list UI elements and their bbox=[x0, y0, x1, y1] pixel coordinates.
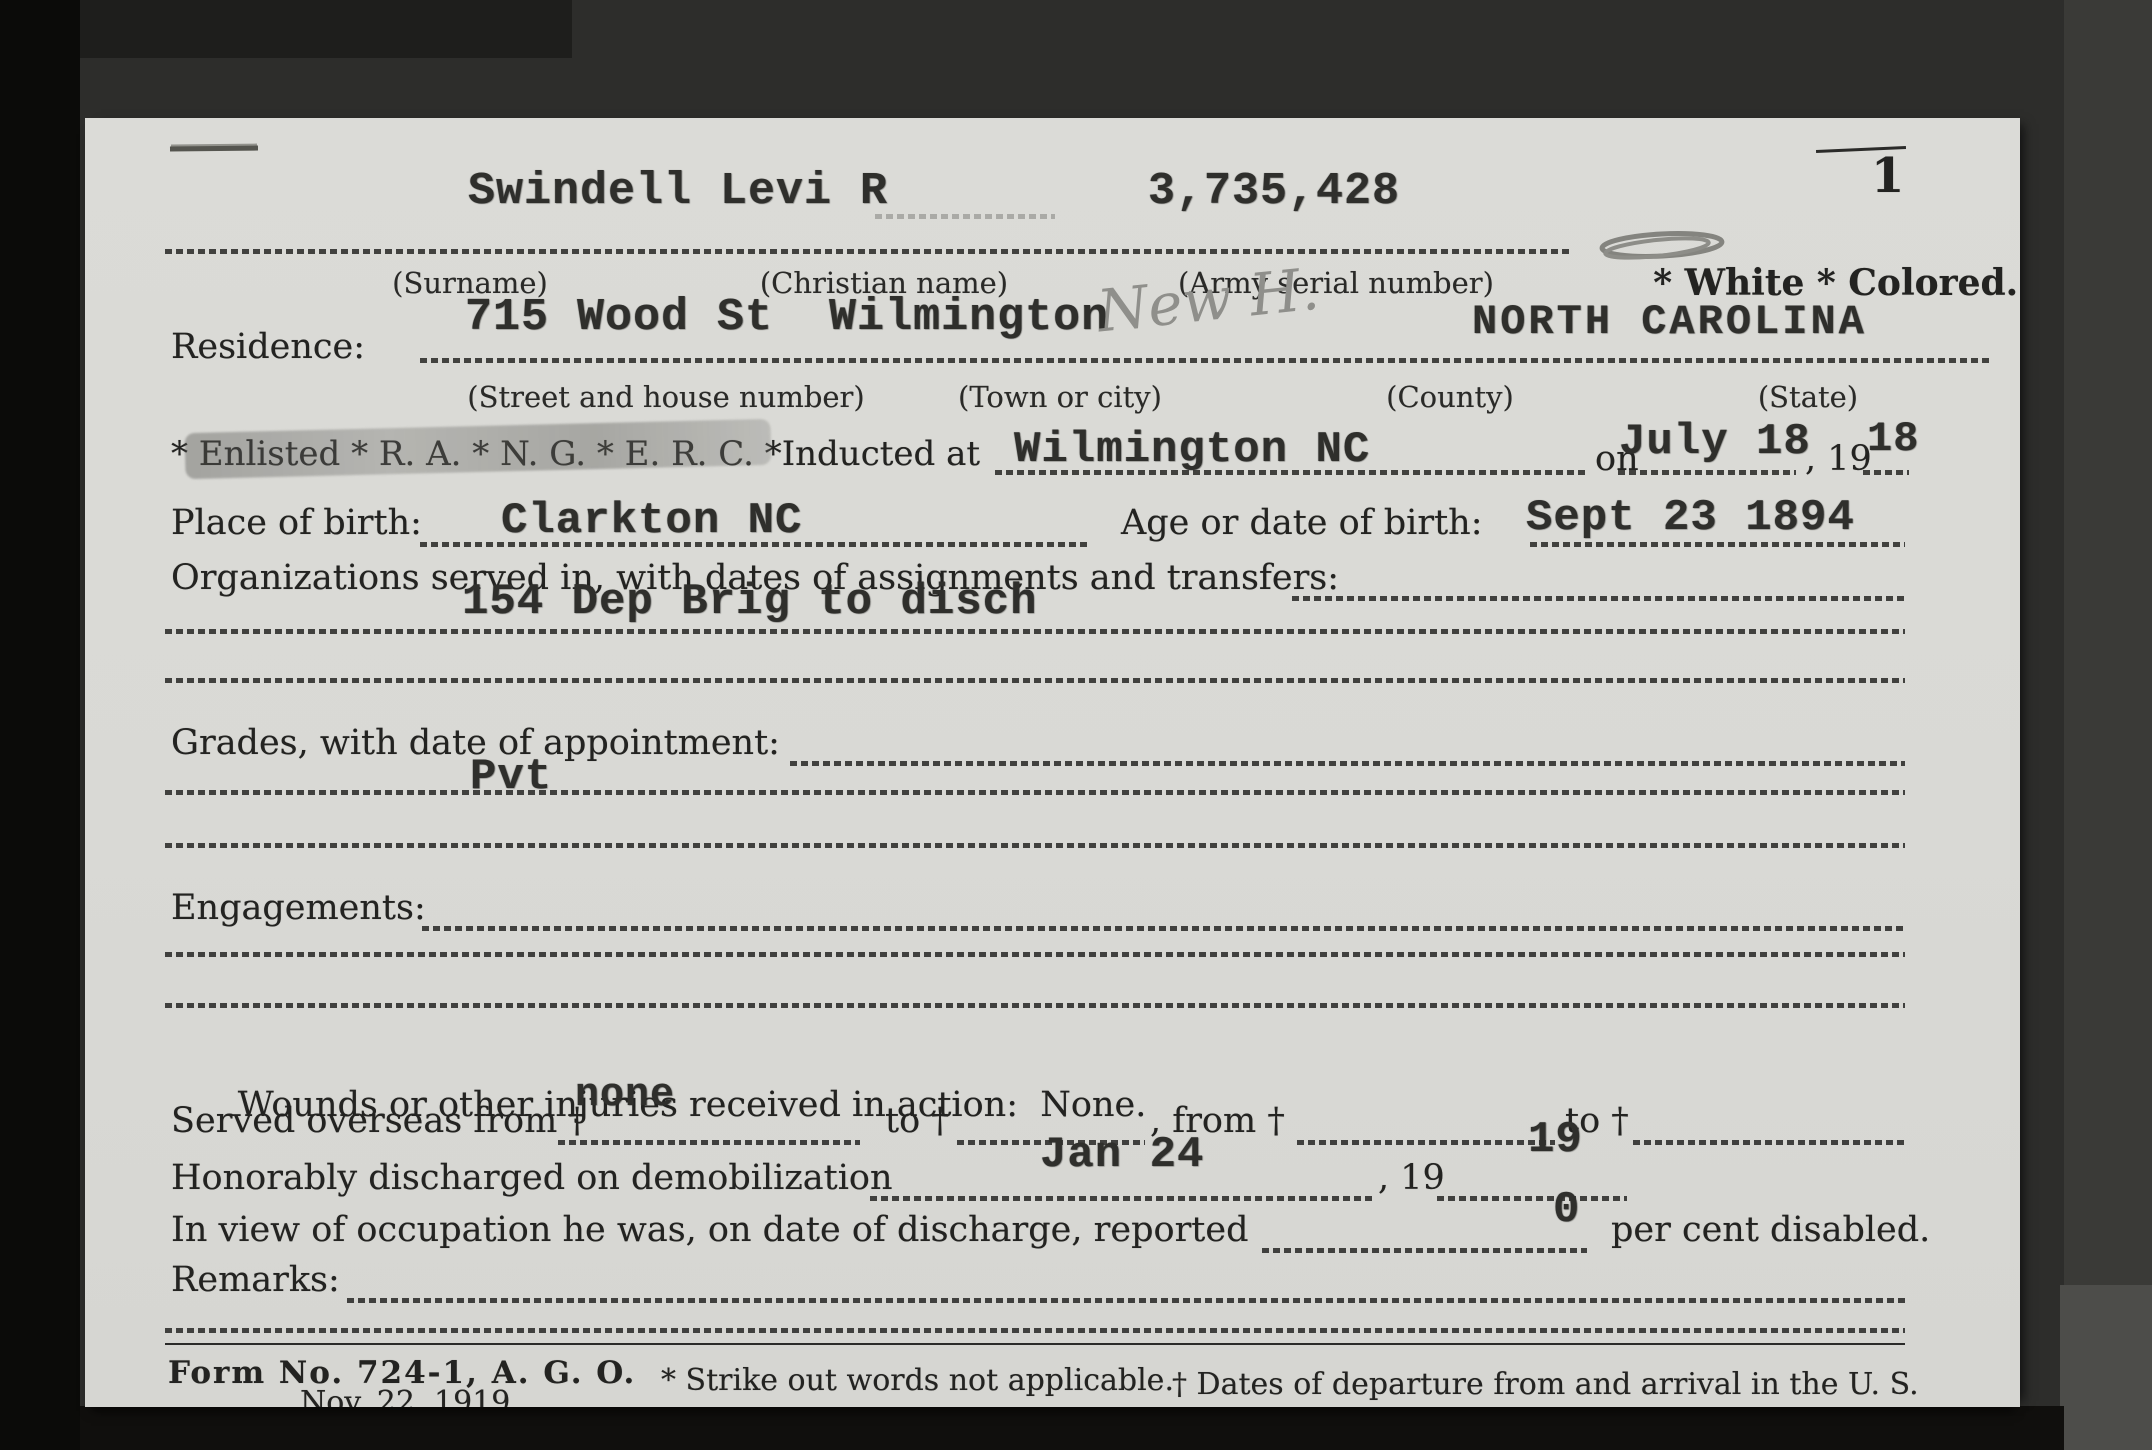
dotted-rule bbox=[165, 678, 1905, 683]
age-dob-label: Age or date of birth: bbox=[1121, 504, 1483, 543]
overseas-to1: to † bbox=[885, 1102, 949, 1141]
page-number: 1 bbox=[1871, 150, 1904, 203]
dotted-rule-discharge-year bbox=[1437, 1196, 1627, 1201]
dotted-rule bbox=[165, 790, 1905, 795]
disabled-suffix: per cent disabled. bbox=[1611, 1211, 1930, 1250]
label-town-city: (Town or city) bbox=[958, 380, 1162, 414]
dotted-rule-engagements bbox=[422, 926, 1905, 931]
typed-state: NORTH CAROLINA bbox=[1472, 301, 1867, 343]
wounds-value: None. bbox=[1040, 1085, 1146, 1125]
dotted-rule-induction-date bbox=[1618, 470, 1796, 475]
footnote-dates: † Dates of departure from and arrival in… bbox=[1172, 1368, 1919, 1401]
handwritten-county: New H. bbox=[1094, 255, 1322, 346]
dotted-rule-overseas-1 bbox=[558, 1140, 860, 1145]
dotted-rule bbox=[165, 1003, 1905, 1008]
typed-overseas-from: none bbox=[575, 1076, 675, 1116]
typed-name: Swindell Levi R bbox=[468, 169, 888, 214]
dotted-rule-dob bbox=[1530, 542, 1905, 547]
faint-rule-after-name bbox=[875, 214, 1055, 219]
discharge-19-label: , 19 bbox=[1378, 1159, 1445, 1198]
dotted-rule-name bbox=[165, 249, 1570, 254]
dotted-rule bbox=[165, 952, 1905, 957]
form-date: Nov. 22, 1919. bbox=[300, 1386, 520, 1407]
dotted-rule-residence bbox=[420, 358, 1990, 363]
service-record-card: Swindell Levi R 3,735,428 1 * White * Co… bbox=[85, 118, 2020, 1407]
dotted-rule-overseas-3 bbox=[1297, 1140, 1555, 1145]
typed-army-serial: 3,735,428 bbox=[1148, 169, 1400, 214]
engagements-label: Engagements: bbox=[171, 889, 426, 928]
typed-percent-disabled: 0 bbox=[1553, 1188, 1580, 1232]
scan-border-right bbox=[2064, 0, 2152, 1450]
residence-label: Residence: bbox=[171, 328, 365, 367]
typed-discharge-date: Jan 24 bbox=[1040, 1133, 1204, 1177]
label-state: (State) bbox=[1758, 380, 1858, 414]
dotted-rule-remarks bbox=[347, 1298, 1905, 1303]
typed-street-city: 715 Wood St Wilmington bbox=[465, 295, 1109, 340]
disabled-label: In view of occupation he was, on date of… bbox=[171, 1211, 1248, 1250]
typed-induction-date: July 18 bbox=[1619, 420, 1811, 464]
label-street-number: (Street and house number) bbox=[467, 380, 864, 414]
dotted-rule-overseas-4 bbox=[1633, 1140, 1905, 1145]
scan-border-bottom bbox=[80, 1406, 2064, 1450]
dotted-rule-grades bbox=[790, 761, 1905, 766]
dotted-rule bbox=[165, 629, 1905, 634]
discharge-label: Honorably discharged on demobilization bbox=[171, 1159, 893, 1198]
year-19-label: , 19 bbox=[1805, 440, 1872, 479]
scan-corner-patch bbox=[2060, 1285, 2152, 1450]
pencil-scribble-white-icon bbox=[1597, 222, 1727, 268]
footnote-strike-out: * Strike out words not applicable. bbox=[661, 1364, 1174, 1397]
dotted-rule bbox=[165, 843, 1905, 848]
dotted-rule-disabled bbox=[1262, 1248, 1587, 1253]
typed-birth-place: Clarkton NC bbox=[501, 499, 802, 543]
dotted-rule-induction-year bbox=[1863, 470, 1909, 475]
typed-organizations: 154 Dep Brig to disch bbox=[462, 580, 1038, 624]
label-county: (County) bbox=[1386, 380, 1514, 414]
stray-mark bbox=[170, 146, 258, 152]
scanned-service-card-page: Swindell Levi R 3,735,428 1 * White * Co… bbox=[0, 0, 2152, 1450]
typed-induction-year: 18 bbox=[1867, 418, 1919, 460]
scan-shadow-top bbox=[80, 0, 572, 58]
overseas-label: Served overseas from † bbox=[171, 1102, 586, 1141]
dotted-rule-discharge-date bbox=[870, 1196, 1375, 1201]
solid-rule-bottom bbox=[165, 1343, 1905, 1345]
scan-border-left bbox=[0, 0, 80, 1450]
birth-place-label: Place of birth: bbox=[171, 504, 422, 543]
typed-discharge-year: 19 bbox=[1528, 1118, 1583, 1162]
dotted-rule-bottom bbox=[165, 1328, 1905, 1333]
typed-induction-place: Wilmington NC bbox=[1014, 428, 1370, 472]
dotted-rule-induction-place bbox=[995, 470, 1587, 475]
typed-dob: Sept 23 1894 bbox=[1526, 496, 1855, 540]
remarks-label: Remarks: bbox=[171, 1261, 340, 1300]
dotted-rule-organizations bbox=[1292, 596, 1905, 601]
